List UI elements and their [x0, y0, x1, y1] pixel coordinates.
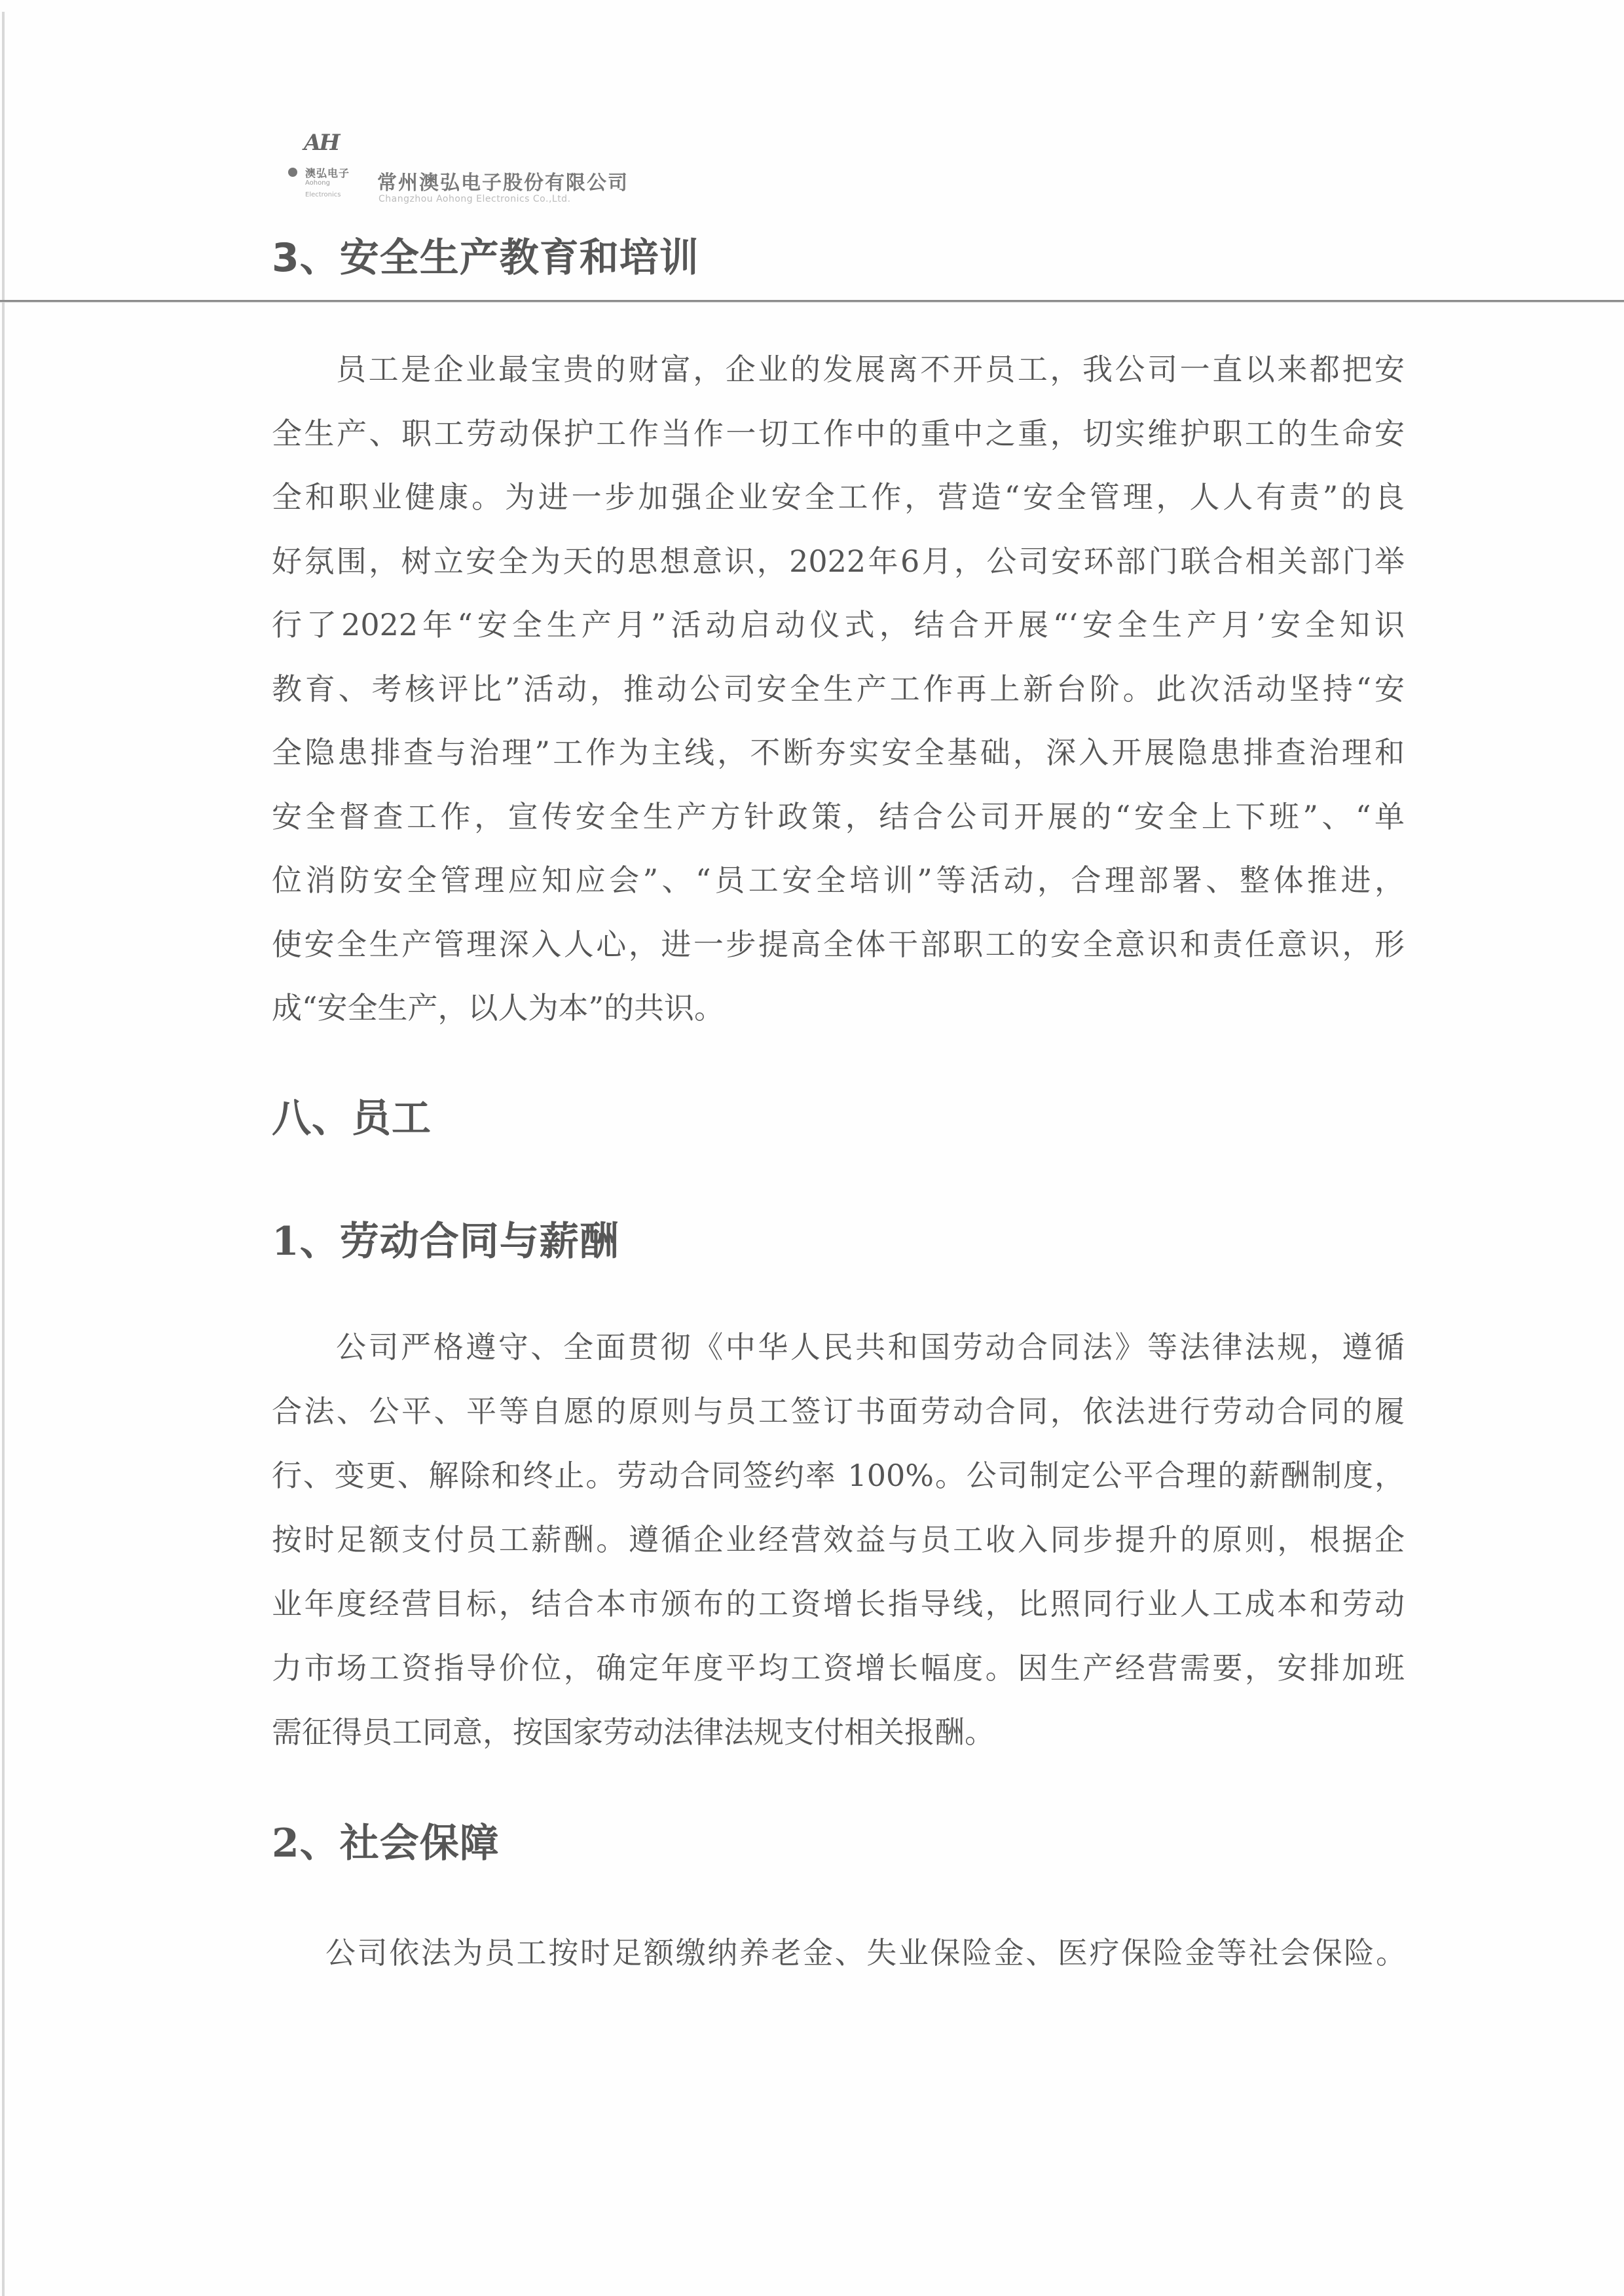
- paragraph-line: 业年度经营目标，结合本市颁布的工资增长指导线，比照同行业人工成本和劳动: [272, 1589, 1405, 1619]
- paragraph-line: 需征得员工同意，按国家劳动法律法规支付相关报酬。: [272, 1717, 1405, 1747]
- chapter-heading-employees: 八、员工: [272, 1099, 432, 1138]
- scan-edge-line: [2, 12, 5, 2296]
- page-header: AH 澳弘电子 Aohong Electronics 常州澳弘电子股份有限公司 …: [280, 128, 686, 207]
- paragraph-line: 好氛围，树立安全为天的思想意识，2022年6月，公司安环部门联合相关部门举: [272, 546, 1405, 576]
- section-heading-labor-contract: 1、劳动合同与薪酬: [272, 1222, 619, 1261]
- paragraph-line: 位消防安全管理应知应会”、“员工安全培训”等活动，合理部署、整体推进，: [272, 865, 1405, 895]
- paragraph-line: 员工是企业最宝贵的财富，企业的发展离不开员工，我公司一直以来都把安: [336, 354, 1405, 384]
- paragraph-line: 使安全生产管理深入人心，进一步提高全体干部职工的安全意识和责任意识，形: [272, 929, 1405, 959]
- company-logo: AH 澳弘电子 Aohong Electronics: [280, 128, 359, 207]
- logo-dot-icon: [288, 168, 297, 177]
- paragraph-line: 行了2022年“安全生产月”活动启动仪式，结合开展“‘安全生产月’安全知识: [272, 610, 1405, 640]
- company-name-cn: 常州澳弘电子股份有限公司: [377, 166, 629, 195]
- company-name-en: Changzhou Aohong Electronics Co.,Ltd.: [378, 194, 571, 204]
- paragraph-line: 全隐患排查与治理”工作为主线，不断夯实安全基础，深入开展隐患排查治理和: [272, 737, 1405, 768]
- paragraph-line: 行、变更、解除和终止。劳动合同签约率 100%。公司制定公平合理的薪酬制度，: [272, 1460, 1405, 1491]
- paragraph-line: 全生产、职工劳动保护工作当作一切工作中的重中之重，切实维护职工的生命安: [272, 418, 1405, 449]
- paragraph-line: 公司依法为员工按时足额缴纳养老金、失业保险金、医疗保险金等社会保险。: [325, 1938, 1406, 1968]
- logo-mark: AH: [304, 130, 339, 156]
- logo-pinyin-text: Aohong: [305, 179, 330, 187]
- paragraph-line: 成“安全生产，以人为本”的共识。: [272, 993, 1405, 1023]
- logo-en-text: Electronics: [305, 191, 341, 198]
- header-divider: [0, 300, 1624, 303]
- paragraph-line: 公司严格遵守、全面贯彻《中华人民共和国劳动合同法》等法律法规，遵循: [336, 1332, 1405, 1362]
- paragraph-line: 按时足额支付员工薪酬。遵循企业经营效益与员工收入同步提升的原则，根据企: [272, 1525, 1405, 1555]
- paragraph-line: 全和职业健康。为进一步加强企业安全工作，营造“安全管理，人人有责”的良: [272, 482, 1405, 512]
- paragraph-line: 合法、公平、平等自愿的原则与员工签订书面劳动合同，依法进行劳动合同的履: [272, 1396, 1405, 1426]
- paragraph-line: 教育、考核评比”活动，推动公司安全生产工作再上新台阶。此次活动坚持“安: [272, 674, 1405, 704]
- section-heading-safety-training: 3、安全生产教育和培训: [272, 238, 699, 278]
- document-page: AH 澳弘电子 Aohong Electronics 常州澳弘电子股份有限公司 …: [0, 0, 1624, 2296]
- paragraph-line: 力市场工资指导价位，确定年度平均工资增长幅度。因生产经营需要，安排加班: [272, 1653, 1405, 1683]
- section-heading-social-security: 2、社会保障: [272, 1824, 500, 1863]
- paragraph-line: 安全督查工作，宣传安全生产方针政策，结合公司开展的“安全上下班”、“单: [272, 802, 1405, 832]
- logo-cn-text: 澳弘电子: [305, 165, 350, 180]
